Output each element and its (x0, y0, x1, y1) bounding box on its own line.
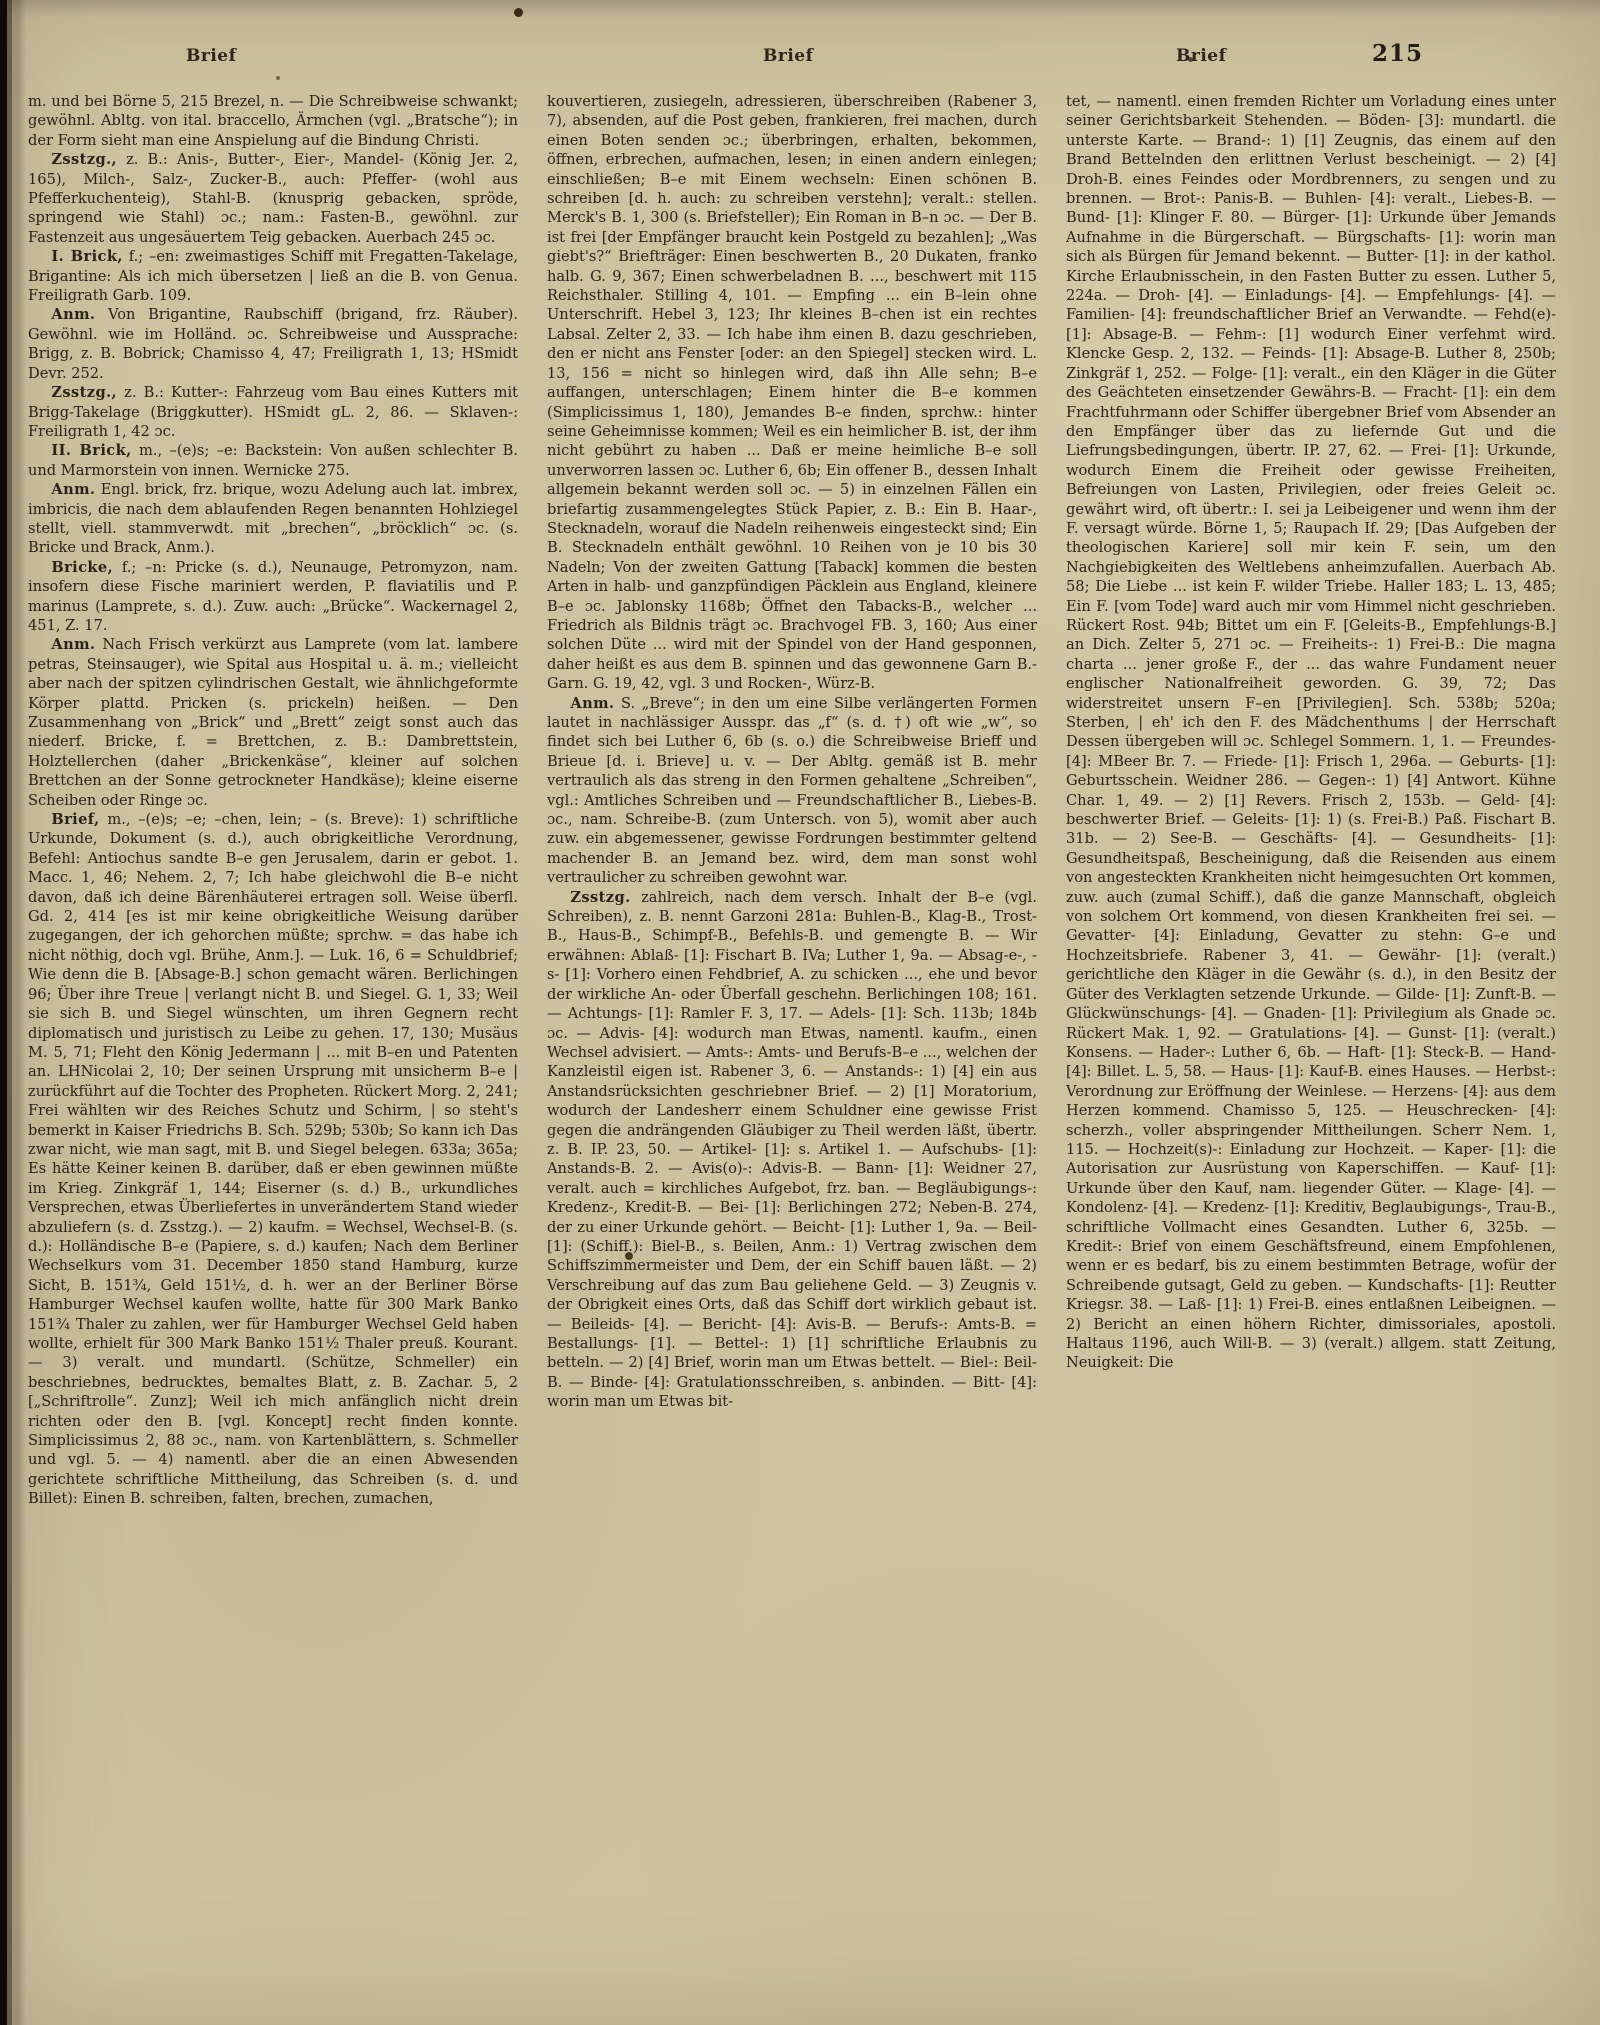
headword: I. Brick, (51, 248, 122, 265)
paragraph: Zsstzg., z. B.: Anis-, Butter-, Eier-, M… (28, 150, 518, 247)
paragraph-text: tet, — namentl. einen fremden Richter um… (1066, 93, 1556, 1371)
headword: Brief, (51, 811, 99, 828)
paragraph-text: m. und bei Börne 5, 215 Brezel, n. — Die… (28, 93, 518, 149)
running-head-column-3: Brief (1176, 46, 1226, 66)
paragraph: Anm. S. „Breve“; in den um eine Silbe ve… (547, 694, 1037, 888)
paragraph: II. Brick, m., –(e)s; –e: Backstein: Von… (28, 441, 518, 480)
paragraph: tet, — namentl. einen fremden Richter um… (1066, 92, 1556, 1373)
paragraph-text: Engl. brick, frz. brique, wozu Adelung a… (28, 481, 518, 556)
ink-speck (514, 8, 523, 17)
headword: Bricke, (51, 559, 113, 576)
paragraph: Zsstzg., z. B.: Kutter-: Fahrzeug vom Ba… (28, 383, 518, 441)
paragraph: Bricke, f.; –n: Pricke (s. d.), Neunauge… (28, 558, 518, 636)
text-columns: m. und bei Börne 5, 215 Brezel, n. — Die… (28, 92, 1556, 1902)
running-head-column-1: Brief (186, 46, 236, 66)
paragraph-text: Nach Frisch verkürzt aus Lamprete (vom l… (28, 636, 518, 808)
headword: II. Brick, (51, 442, 131, 459)
running-head-column-2: Brief (763, 46, 813, 66)
text-column-3: tet, — namentl. einen fremden Richter um… (1066, 92, 1556, 1902)
dictionary-page-scan: Brief Brief Brief 215 m. und bei Börne 5… (0, 0, 1600, 2025)
headword: Anm. (51, 481, 95, 498)
paragraph: Anm. Nach Frisch verkürzt aus Lamprete (… (28, 635, 518, 810)
paragraph: Brief, m., –(e)s; –e; –chen, lein; – (s.… (28, 810, 518, 1509)
ink-speck (276, 76, 280, 80)
text-column-2: kouvertieren, zusiegeln, adressieren, üb… (547, 92, 1037, 1902)
page-top-shadow (0, 0, 1600, 18)
page-spine-edge (0, 0, 26, 2025)
paragraph-text: kouvertieren, zusiegeln, adressieren, üb… (547, 93, 1037, 692)
headword: Anm. (51, 306, 95, 323)
paragraph: m. und bei Börne 5, 215 Brezel, n. — Die… (28, 92, 518, 150)
paragraph-text: m., –(e)s; –e; –chen, lein; – (s. Breve)… (28, 811, 518, 1507)
paragraph: kouvertieren, zusiegeln, adressieren, üb… (547, 92, 1037, 694)
paragraph: I. Brick, f.; –en: zweimastiges Schiff m… (28, 247, 518, 305)
text-column-1: m. und bei Börne 5, 215 Brezel, n. — Die… (28, 92, 518, 1902)
paragraph-text: Von Brigantine, Raubschiff (brigand, frz… (28, 306, 518, 381)
paragraph: Zsstzg. zahlreich, nach dem versch. Inha… (547, 888, 1037, 1412)
headword: Anm. (570, 695, 614, 712)
paragraph-text: zahlreich, nach dem versch. Inhalt der B… (547, 889, 1037, 1411)
headword: Zsstzg. (570, 889, 630, 906)
page-number: 215 (1372, 40, 1423, 67)
headword: Zsstzg., (51, 151, 117, 168)
headword: Anm. (51, 636, 95, 653)
headword: Zsstzg., (51, 384, 117, 401)
paragraph: Anm. Von Brigantine, Raubschiff (brigand… (28, 305, 518, 383)
paragraph: Anm. Engl. brick, frz. brique, wozu Adel… (28, 480, 518, 558)
paragraph-text: S. „Breve“; in den um eine Silbe verläng… (547, 695, 1037, 887)
